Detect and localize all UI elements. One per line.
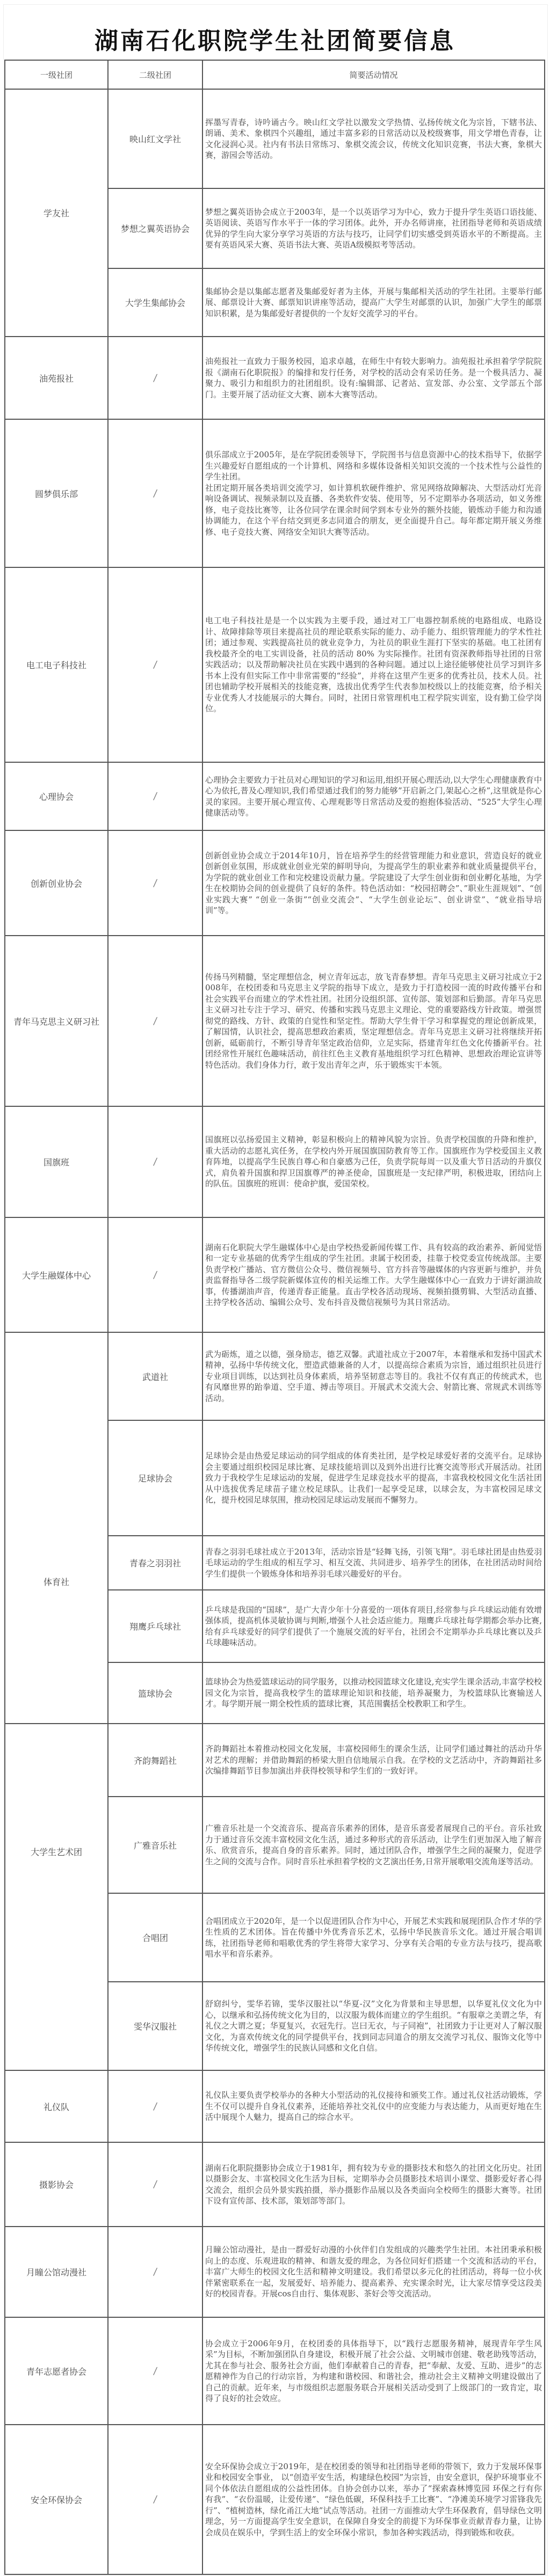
level1-club-name: 圆梦俱乐部 xyxy=(35,489,78,499)
level2-club-cell: / xyxy=(108,337,202,419)
level1-club-name: 安全环保协会 xyxy=(31,2495,82,2505)
activity-description: 国旗班以弘扬爱国主义精神，彰显积极向上的精神风貌为宗旨。负责学校国旗的升降和维护… xyxy=(205,1134,542,1190)
level2-club-name: 齐韵舞蹈社 xyxy=(134,1756,177,1766)
activity-description-cell: 安全环保协会成立于2019年，是在校团委的领导和社团指导老师的带领下，致力于发展… xyxy=(202,2425,545,2574)
level1-club-name: 心理协会 xyxy=(39,792,74,802)
header-level2: 二级社团 xyxy=(108,60,202,89)
table-row: 学友社映山红文学社挥墨写青春，诗吟诵古今。映山红文学社以激发文学热情、弘扬传统文… xyxy=(5,89,545,188)
activity-description-cell: 青春之羽羽毛球社成立于2013年，活动宗旨是“轻舞飞扬，引领飞翔”。羽毛球社团是… xyxy=(202,1536,545,1590)
header-activities: 简要活动情况 xyxy=(202,60,545,89)
level2-club-cell: 翔鹰乒乓球社 xyxy=(108,1590,202,1662)
activity-description: 广雅音乐社是一个交流音乐、提高音乐素养的团体，是音乐喜爱者展现自己的平台。音乐社… xyxy=(205,1823,542,1867)
activity-description: 梦想之翼英语协会成立于2003年，是一个以英语学习为中心，致力于提升学生英语口语… xyxy=(205,207,542,251)
level1-club-cell: 礼仪队 xyxy=(5,2070,108,2142)
activity-description: 礼仪队主要负责学校举办的各种大小型活动的礼仪接待和颁奖工作。通过礼仪社活动锻炼，… xyxy=(205,2090,542,2123)
activity-description: 齐韵舞蹈社本着推动校园文化发展，丰富校园师生的课余生活，让同学们通过舞社的活动升… xyxy=(205,1743,542,1777)
activity-description-cell: 广雅音乐社是一个交流音乐、提高音乐素养的团体，是音乐喜爱者展现自己的平台。音乐社… xyxy=(202,1797,545,1893)
activity-description-cell: 武为砺炼，道之以德，强身励志，德艺双馨。武道社成立于2007年，本着继承和发扬中… xyxy=(202,1332,545,1420)
activity-description-cell: 湖南石化职院摄影协会成立于1981年，拥有较为专业的摄影技术和悠久的社团文化历史… xyxy=(202,2142,545,2227)
table-row: 安全环保协会/安全环保协会成立于2019年，是在校团委的领导和社团指导老师的带领… xyxy=(5,2425,545,2574)
activity-description: 合唱团成立于2020年，是一个以促进团队合作为中心，开展艺术实践和展现团队合作才… xyxy=(205,1916,542,1960)
activity-description: 月瞳公馆动漫社，是由一群爱好动漫的小伙伴们自发组成的兴趣类学生社团。本社团秉承积… xyxy=(205,2244,542,2300)
level1-club-cell: 月瞳公馆动漫社 xyxy=(5,2227,108,2317)
no-subclub-slash: / xyxy=(153,488,157,499)
level2-club-cell: 映山红文学社 xyxy=(108,89,202,188)
activity-description: 舒窈纠兮，雯华若锦，雯华汉服社以“华夏-汉”文化为背景和主导思想，以华夏礼仪文化… xyxy=(205,1998,542,2054)
level1-club-cell: 电工电子科技社 xyxy=(5,567,108,762)
level2-club-cell: 篮球协会 xyxy=(108,1662,202,1724)
activity-description-cell: 齐韵舞蹈社本着推动校园文化发展，丰富校园师生的课余生活，让同学们通过舞社的活动升… xyxy=(202,1724,545,1797)
level1-club-cell: 创新创业协会 xyxy=(5,830,108,936)
activity-description-cell: 协会成立于2006年9月，在校团委的具体指导下，以“践行志愿服务精神，展现青年学… xyxy=(202,2317,545,2425)
level2-club-cell: / xyxy=(108,567,202,762)
level2-club-name: 武道社 xyxy=(142,1372,168,1382)
activity-description-cell: 乒乓球是我国的“国球”，是广大青少年十分喜爱的一项体育项目,经常参与乒乓球运动能… xyxy=(202,1590,545,1662)
activity-description: 青春之羽羽毛球社成立于2013年，活动宗旨是“轻舞飞扬，引领飞翔”。羽毛球社团是… xyxy=(205,1546,542,1580)
table-row: 心理协会/心理协会主要致力于社员对心理知识的学习和运用,组织开展心理活动,以大学… xyxy=(5,762,545,830)
table-row: 大学生艺术团齐韵舞蹈社齐韵舞蹈社本着推动校园文化发展，丰富校园师生的课余生活，让… xyxy=(5,1724,545,1797)
table-row: 月瞳公馆动漫社/月瞳公馆动漫社，是由一群爱好动漫的小伙伴们自发组成的兴趣类学生社… xyxy=(5,2227,545,2317)
no-subclub-slash: / xyxy=(153,2366,157,2377)
table-row: 圆梦俱乐部/俱乐部成立于2005年，是在学院团委领导下，学院图书与信息资源中心的… xyxy=(5,419,545,567)
level1-club-name: 国旗班 xyxy=(44,1157,69,1167)
activity-description-cell: 礼仪队主要负责学校举办的各种大小型活动的礼仪接待和颁奖工作。通过礼仪社活动锻炼，… xyxy=(202,2070,545,2142)
activity-description-cell: 挥墨写青春，诗吟诵古今。映山红文学社以激发文学热情、弘扬传统文化为宗旨，下辖书法… xyxy=(202,89,545,188)
level1-club-name: 礼仪队 xyxy=(44,2102,69,2112)
level2-club-cell: 青春之羽羽社 xyxy=(108,1536,202,1590)
activity-description-cell: 合唱团成立于2020年，是一个以促进团队合作为中心，开展艺术实践和展现团队合作才… xyxy=(202,1893,545,1982)
activity-description-cell: 油苑报社一直致力于服务校园，追求卓越，在师生中有较大影响力。油苑报社承担着学学院… xyxy=(202,337,545,419)
level2-club-name: 合唱团 xyxy=(142,1933,168,1943)
table-header-row: 一级社团 二级社团 简要活动情况 xyxy=(5,60,545,89)
activity-description: 集邮协会是以集邮志愿者及集邮爱好者为主体，开展与集邮相关活动的学生社团。主要举行… xyxy=(205,286,542,319)
table-row: 创新创业协会/创新创业协会成立于2014年10月，旨在培养学生的经营管理能力和业… xyxy=(5,830,545,936)
level2-club-cell: / xyxy=(108,2227,202,2317)
activity-description-cell: 湖南石化职院大学生融媒体中心是由学校热爱新闻传媒工作、具有较高的政治素养、新闻觉… xyxy=(202,1217,545,1332)
level1-club-name: 体育社 xyxy=(44,1577,69,1587)
table-row: 体育社武道社武为砺炼，道之以德，强身励志，德艺双馨。武道社成立于2007年，本着… xyxy=(5,1332,545,1420)
table-row: 国旗班/国旗班以弘扬爱国主义精神，彰显积极向上的精神风貌为宗旨。负责学校国旗的升… xyxy=(5,1106,545,1217)
activity-description: 乒乓球是我国的“国球”，是广大青少年十分喜爱的一项体育项目,经常参与乒乓球运动能… xyxy=(205,1604,542,1648)
level1-club-cell: 心理协会 xyxy=(5,762,108,830)
no-subclub-slash: / xyxy=(153,878,157,889)
table-row: 摄影协会/湖南石化职院摄影协会成立于1981年，拥有较为专业的摄影技术和悠久的社… xyxy=(5,2142,545,2227)
clubs-table: 一级社团 二级社团 简要活动情况 学友社映山红文学社挥墨写青春，诗吟诵古今。映山… xyxy=(4,60,545,2575)
level1-club-cell: 油苑报社 xyxy=(5,337,108,419)
activity-description: 俱乐部成立于2005年，是在学院团委领导下，学院图书与信息资源中心的技术指导下，… xyxy=(205,449,542,537)
level1-club-cell: 安全环保协会 xyxy=(5,2425,108,2574)
no-subclub-slash: / xyxy=(153,2101,157,2112)
activity-description-cell: 梦想之翼英语协会成立于2003年，是一个以英语学习为中心，致力于提升学生英语口语… xyxy=(202,188,545,268)
level1-club-name: 电工电子科技社 xyxy=(26,660,86,670)
level2-club-cell: 大学生集邮协会 xyxy=(108,268,202,337)
level1-club-cell: 青年马克思主义研习社 xyxy=(5,936,108,1106)
page-title: 湖南石化职院学生社团简要信息 xyxy=(0,21,550,56)
activity-description: 电工电子科技社是是一个以实践为主要手段，通过对工厂电器控制系统的电路组成、电路设… xyxy=(205,615,542,714)
activity-description: 足球协会是由热爱足球运动的同学组成的体育类社团，是学校足球爱好者的交流平台。足球… xyxy=(205,1450,542,1506)
level2-club-name: 雯华汉服社 xyxy=(134,2022,177,2032)
level2-club-name: 篮球协会 xyxy=(138,1689,172,1699)
no-subclub-slash: / xyxy=(153,1016,157,1027)
activity-description-cell: 篮球协会为热爱篮球运动的同学服务，以推动校园篮球文化建设,充实学生课余活动,丰富… xyxy=(202,1662,545,1724)
activity-description: 创新创业协会成立于2014年10月，旨在培养学生的经营管理能力和业意识，营造良好… xyxy=(205,850,542,916)
level1-club-name: 油苑报社 xyxy=(39,374,74,384)
no-subclub-slash: / xyxy=(153,2266,157,2278)
table-row: 电工电子科技社/电工电子科技社是是一个以实践为主要手段，通过对工厂电器控制系统的… xyxy=(5,567,545,762)
no-subclub-slash: / xyxy=(153,1156,157,1167)
activity-description-cell: 集邮协会是以集邮志愿者及集邮爱好者为主体，开展与集邮相关活动的学生社团。主要举行… xyxy=(202,268,545,337)
level2-club-cell: 雯华汉服社 xyxy=(108,1982,202,2070)
level1-club-cell: 摄影协会 xyxy=(5,2142,108,2227)
no-subclub-slash: / xyxy=(153,659,157,670)
no-subclub-slash: / xyxy=(153,2179,157,2190)
activity-description-cell: 月瞳公馆动漫社，是由一群爱好动漫的小伙伴们自发组成的兴趣类学生社团。本社团秉承积… xyxy=(202,2227,545,2317)
activity-description-cell: 传扬马列精髓，坚定理想信念，树立青年远志，放飞青春梦想。青年马克思主义研习社成立… xyxy=(202,936,545,1106)
activity-description: 安全环保协会成立于2019年，是在校团委的领导和社团指导老师的带领下，致力于发展… xyxy=(205,2461,542,2538)
activity-description-cell: 创新创业协会成立于2014年10月，旨在培养学生的经营管理能力和业意识，营造良好… xyxy=(202,830,545,936)
table-row: 青年马克思主义研习社/传扬马列精髓，坚定理想信念，树立青年远志，放飞青春梦想。青… xyxy=(5,936,545,1106)
activity-description-cell: 电工电子科技社是是一个以实践为主要手段，通过对工厂电器控制系统的电路组成、电路设… xyxy=(202,567,545,762)
level1-club-cell: 大学生融媒体中心 xyxy=(5,1217,108,1332)
no-subclub-slash: / xyxy=(153,2494,157,2505)
table-row: 油苑报社/油苑报社一直致力于服务校园，追求卓越，在师生中有较大影响力。油苑报社承… xyxy=(5,337,545,419)
table-row: 礼仪队/礼仪队主要负责学校举办的各种大小型活动的礼仪接待和颁奖工作。通过礼仪社活… xyxy=(5,2070,545,2142)
level2-club-name: 翔鹰乒乓球社 xyxy=(129,1622,181,1632)
level2-club-name: 梦想之翼英语协会 xyxy=(121,224,190,234)
level2-club-name: 广雅音乐社 xyxy=(134,1841,177,1851)
activity-description: 油苑报社一直致力于服务校园，追求卓越，在师生中有较大影响力。油苑报社承担着学学院… xyxy=(205,356,542,400)
activity-description: 篮球协会为热爱篮球运动的同学服务，以推动校园篮球文化建设,充实学生课余活动,丰富… xyxy=(205,1676,542,1710)
level2-club-cell: / xyxy=(108,1106,202,1217)
level1-club-cell: 大学生艺术团 xyxy=(5,1724,108,2070)
table-body: 学友社映山红文学社挥墨写青春，诗吟诵古今。映山红文学社以激发文学热情、弘扬传统文… xyxy=(5,89,545,2574)
level1-club-name: 青年马克思主义研习社 xyxy=(13,1017,99,1027)
level1-club-name: 大学生艺术团 xyxy=(31,1847,82,1857)
level2-club-name: 映山红文学社 xyxy=(129,134,181,144)
level1-club-name: 月瞳公馆动漫社 xyxy=(26,2267,86,2278)
activity-description: 武为砺炼，道之以德，强身励志，德艺双馨。武道社成立于2007年，本着继承和发扬中… xyxy=(205,1349,542,1404)
level2-club-cell: 梦想之翼英语协会 xyxy=(108,188,202,268)
activity-description: 湖南石化职院大学生融媒体中心是由学校热爱新闻传媒工作、具有较高的政治素养、新闻觉… xyxy=(205,1242,542,1308)
activity-description: 挥墨写青春，诗吟诵古今。映山红文学社以激发文学热情、弘扬传统文化为宗旨，下辖书法… xyxy=(205,117,542,161)
level2-club-cell: / xyxy=(108,2425,202,2574)
level1-club-name: 摄影协会 xyxy=(39,2180,74,2190)
level1-club-cell: 圆梦俱乐部 xyxy=(5,419,108,567)
level2-club-cell: / xyxy=(108,2142,202,2227)
no-subclub-slash: / xyxy=(153,1269,157,1281)
level1-club-name: 创新创业协会 xyxy=(31,879,82,889)
activity-description: 传扬马列精髓，坚定理想信念，树立青年远志，放飞青春梦想。青年马克思主义研习社成立… xyxy=(205,972,542,1071)
table-row: 大学生融媒体中心/湖南石化职院大学生融媒体中心是由学校热爱新闻传媒工作、具有较高… xyxy=(5,1217,545,1332)
activity-description: 心理协会主要致力于社员对心理知识的学习和运用,组织开展心理活动,以大学生心理健康… xyxy=(205,775,542,819)
table-row: 青年志愿者协会/协会成立于2006年9月，在校团委的具体指导下，以“践行志愿服务… xyxy=(5,2317,545,2425)
level1-club-name: 大学生融媒体中心 xyxy=(22,1271,91,1281)
activity-description: 协会成立于2006年9月，在校团委的具体指导下，以“践行志愿服务精神，展现青年学… xyxy=(205,2338,542,2404)
level2-club-cell: / xyxy=(108,936,202,1106)
level1-club-name: 青年志愿者协会 xyxy=(26,2367,86,2377)
level1-club-cell: 国旗班 xyxy=(5,1106,108,1217)
level1-club-name: 学友社 xyxy=(44,208,69,218)
activity-description-cell: 足球协会是由热爱足球运动的同学组成的体育类社团，是学校足球爱好者的交流平台。足球… xyxy=(202,1420,545,1536)
level2-club-cell: / xyxy=(108,2070,202,2142)
level2-club-cell: 齐韵舞蹈社 xyxy=(108,1724,202,1797)
activity-description-cell: 心理协会主要致力于社员对心理知识的学习和运用,组织开展心理活动,以大学生心理健康… xyxy=(202,762,545,830)
header-level1: 一级社团 xyxy=(5,60,108,89)
level2-club-name: 大学生集邮协会 xyxy=(125,298,185,308)
level2-club-name: 足球协会 xyxy=(138,1473,172,1484)
level2-club-cell: / xyxy=(108,2317,202,2425)
level2-club-name: 青春之羽羽社 xyxy=(129,1558,181,1568)
level1-club-cell: 青年志愿者协会 xyxy=(5,2317,108,2425)
no-subclub-slash: / xyxy=(153,373,157,384)
level2-club-cell: / xyxy=(108,1217,202,1332)
level1-club-cell: 学友社 xyxy=(5,89,108,337)
level2-club-cell: 广雅音乐社 xyxy=(108,1797,202,1893)
level2-club-cell: / xyxy=(108,419,202,567)
activity-description-cell: 舒窈纠兮，雯华若锦，雯华汉服社以“华夏-汉”文化为背景和主导思想，以华夏礼仪文化… xyxy=(202,1982,545,2070)
level2-club-cell: 武道社 xyxy=(108,1332,202,1420)
level2-club-cell: 合唱团 xyxy=(108,1893,202,1982)
activity-description-cell: 俱乐部成立于2005年，是在学院团委领导下，学院图书与信息资源中心的技术指导下，… xyxy=(202,419,545,567)
level2-club-cell: 足球协会 xyxy=(108,1420,202,1536)
level2-club-cell: / xyxy=(108,830,202,936)
activity-description-cell: 国旗班以弘扬爱国主义精神，彰显积极向上的精神风貌为宗旨。负责学校国旗的升降和维护… xyxy=(202,1106,545,1217)
level2-club-cell: / xyxy=(108,762,202,830)
no-subclub-slash: / xyxy=(153,791,157,802)
level1-club-cell: 体育社 xyxy=(5,1332,108,1724)
activity-description: 湖南石化职院摄影协会成立于1981年，拥有较为专业的摄影技术和悠久的社团文化历史… xyxy=(205,2163,542,2207)
